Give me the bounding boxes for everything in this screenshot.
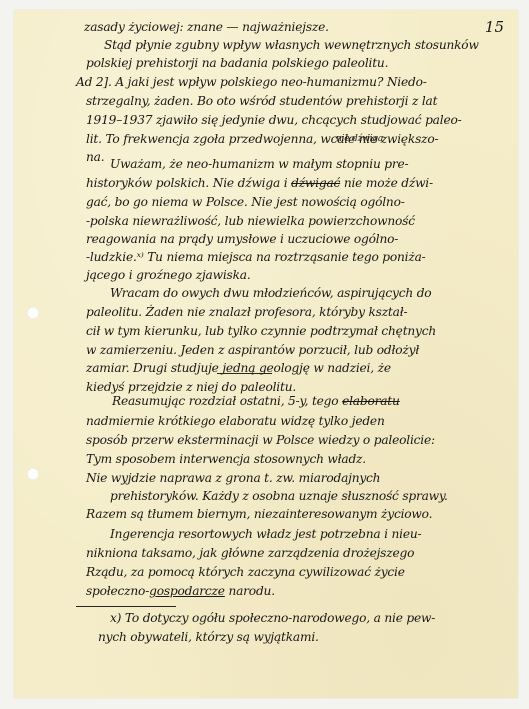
page-number: 15 <box>485 18 504 36</box>
text-line: Reasumując rozdział ostatni, 5-y, tego e… <box>112 394 400 408</box>
text-line: strzegalny, żaden. Bo oto wśród studentó… <box>86 94 437 108</box>
text-line: Nie wyjdzie naprawa z grona t. zw. miaro… <box>86 471 380 485</box>
text-line: Ingerencja resortowych władz jest potrze… <box>110 527 421 541</box>
text-line: kiedyś przejdzie z niej do paleolitu. <box>86 380 296 394</box>
text-line: gać, bo go niema w Polsce. Nie jest nowo… <box>86 195 405 209</box>
manuscript-page: · · · · 15 zasady życiowej: znane — najw… <box>14 10 518 698</box>
punch-hole-bottom <box>27 468 39 480</box>
text-line: nadmiernie krótkiego elaboratu widzę tyl… <box>86 414 385 428</box>
footnote-line: nych obywateli, którzy są wyjątkami. <box>98 630 319 644</box>
text-line: Uważam, że neo-humanizm w małym stopniu … <box>110 157 408 171</box>
text-line: Rządu, za pomocą których zaczyna cywiliz… <box>86 565 405 579</box>
text-line: jącego i groźnego zjawiska. <box>86 268 251 282</box>
inserted-word: tego <box>312 394 338 408</box>
inserted-text: nie dźwiga <box>336 134 383 144</box>
text-line: lit. To frekwencja zgoła przedwojenna, w… <box>86 132 438 146</box>
text-line: Razem są tłumem biernym, niezainteresowa… <box>86 507 432 521</box>
text-line: Tym sposobem interwencja stosownych wład… <box>86 452 366 466</box>
footnote-divider <box>76 606 176 607</box>
text-line: na. <box>86 150 104 164</box>
text-line: polskiej prehistorji na badania polskieg… <box>86 56 388 70</box>
text-line: cił w tym kierunku, lub tylko czynnie po… <box>86 324 436 338</box>
text-segment: nie może dźwi- <box>340 176 433 190</box>
text-line: zasady życiowej: znane — najważniejsze. <box>84 20 329 34</box>
struck-word: dźwigać <box>291 176 340 190</box>
text-segment: narodu. <box>225 584 275 598</box>
section-divider <box>217 373 272 374</box>
struck-word: elaboratu <box>342 394 400 408</box>
text-line: Ad 2]. A jaki jest wpływ polskiego neo-h… <box>76 75 427 89</box>
text-line: społeczno-gospodarcze narodu. <box>86 584 275 598</box>
underlined-word: gospodarcze <box>149 584 225 598</box>
text-line: 1919–1937 zjawiło się jedynie dwu, chcąc… <box>86 113 462 127</box>
text-line: reagowania na prądy umysłowe i uczuciowe… <box>86 232 398 246</box>
text-segment: społeczno- <box>86 584 149 598</box>
text-line: -polska niewrażliwość, lub niewielka pow… <box>86 214 415 228</box>
text-line: nikniona taksamo, jak główne zarządzenia… <box>86 546 414 560</box>
text-line: w zamierzeniu. Jeden z aspirantów porzuc… <box>86 343 419 357</box>
text-line: -ludzkie.ˣ⁾ Tu niema miejsca na roztrząs… <box>86 250 426 264</box>
text-line: prehistoryków. Każdy z osobna uznaje słu… <box>110 489 448 503</box>
text-segment: historyków polskich. Nie dźwiga i <box>86 176 291 190</box>
text-line: historyków polskich. Nie dźwiga i dźwiga… <box>86 176 433 190</box>
text-segment: Reasumując rozdział ostatni, 5-y, <box>112 394 312 408</box>
text-line: Wracam do owych dwu młodzieńców, aspiruj… <box>110 286 431 300</box>
text-line: Stąd płynie zgubny wpływ własnych wewnęt… <box>104 38 479 52</box>
footnote-line: x) To dotyczy ogółu społeczno-narodowego… <box>110 611 435 625</box>
text-line: paleolitu. Żaden nie znalazł profesora, … <box>86 305 407 319</box>
punch-hole-top <box>27 307 39 319</box>
text-line: sposób przerw eksterminacji w Polsce wie… <box>86 433 435 447</box>
